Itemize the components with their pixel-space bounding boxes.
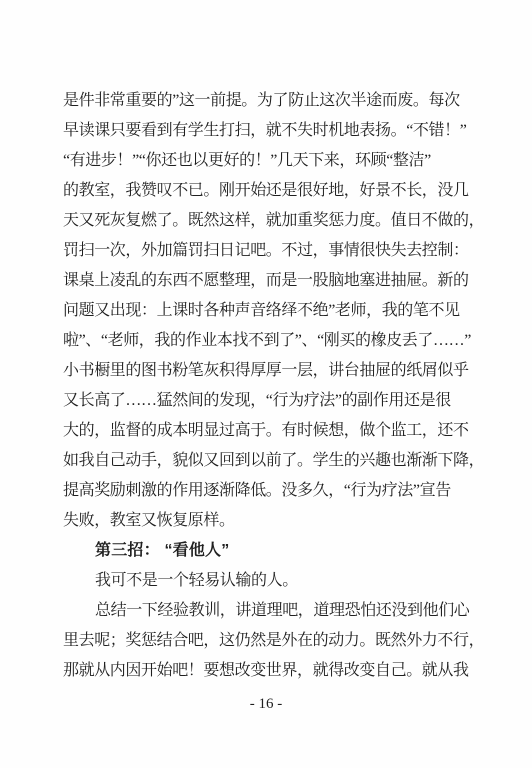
text-line: 总结一下经验教训，讲道理吧，道理恐怕还没到他们心	[63, 596, 473, 626]
body-text: 是件非常重要的”这一前提。为了防止这次半途而废。每次 早读课只要看到有学生打扫，…	[63, 86, 473, 686]
text-line: 失败，教室又恢复原样。	[63, 506, 473, 536]
text-line: 课桌上凌乱的东西不愿整理，而是一股脑地塞进抽屉。新的	[63, 266, 473, 296]
document-page: 是件非常重要的”这一前提。为了防止这次半途而废。每次 早读课只要看到有学生打扫，…	[0, 0, 532, 768]
section-heading: 第三招： “看他人”	[63, 536, 473, 566]
text-line: 小书橱里的图书粉笔灰积得厚厚一层，讲台抽屉的纸屑似乎	[63, 356, 473, 386]
text-line: 罚扫一次，外加篇罚扫日记吧。不过，事情很快失去控制：	[63, 236, 473, 266]
text-line: 如我自己动手，貌似又回到以前了。学生的兴趣也渐渐下降，	[63, 446, 473, 476]
text-line: 那就从内因开始吧！要想改变世界，就得改变自己。就从我	[63, 656, 473, 686]
text-line: 大的，监督的成本明显过高于。有时候想，做个监工，还不	[63, 416, 473, 446]
text-line: “有进步！”“你还也以更好的！”几天下来，环顾“整洁”	[63, 146, 473, 176]
text-line: 是件非常重要的”这一前提。为了防止这次半途而废。每次	[63, 86, 473, 116]
page-number: - 16 -	[0, 695, 532, 713]
text-line: 问题又出现：上课时各种声音络绎不绝”老师，我的笔不见	[63, 296, 473, 326]
text-line: 早读课只要看到有学生打扫，就不失时机地表扬。“不错！”	[63, 116, 473, 146]
text-line: 啦”、“老师，我的作业本找不到了”、“刚买的橡皮丢了……”	[63, 326, 473, 356]
text-line: 天又死灰复燃了。既然这样，就加重奖惩力度。值日不做的，	[63, 206, 473, 236]
text-line: 我可不是一个轻易认输的人。	[63, 566, 473, 596]
text-line: 提高奖励刺激的作用逐渐降低。没多久，“行为疗法”宣告	[63, 476, 473, 506]
text-line: 的教室，我赞叹不已。刚开始还是很好地，好景不长，没几	[63, 176, 473, 206]
text-line: 又长高了……猛然间的发现，“行为疗法”的副作用还是很	[63, 386, 473, 416]
text-line: 里去呢；奖惩结合吧，这仍然是外在的动力。既然外力不行，	[63, 626, 473, 656]
